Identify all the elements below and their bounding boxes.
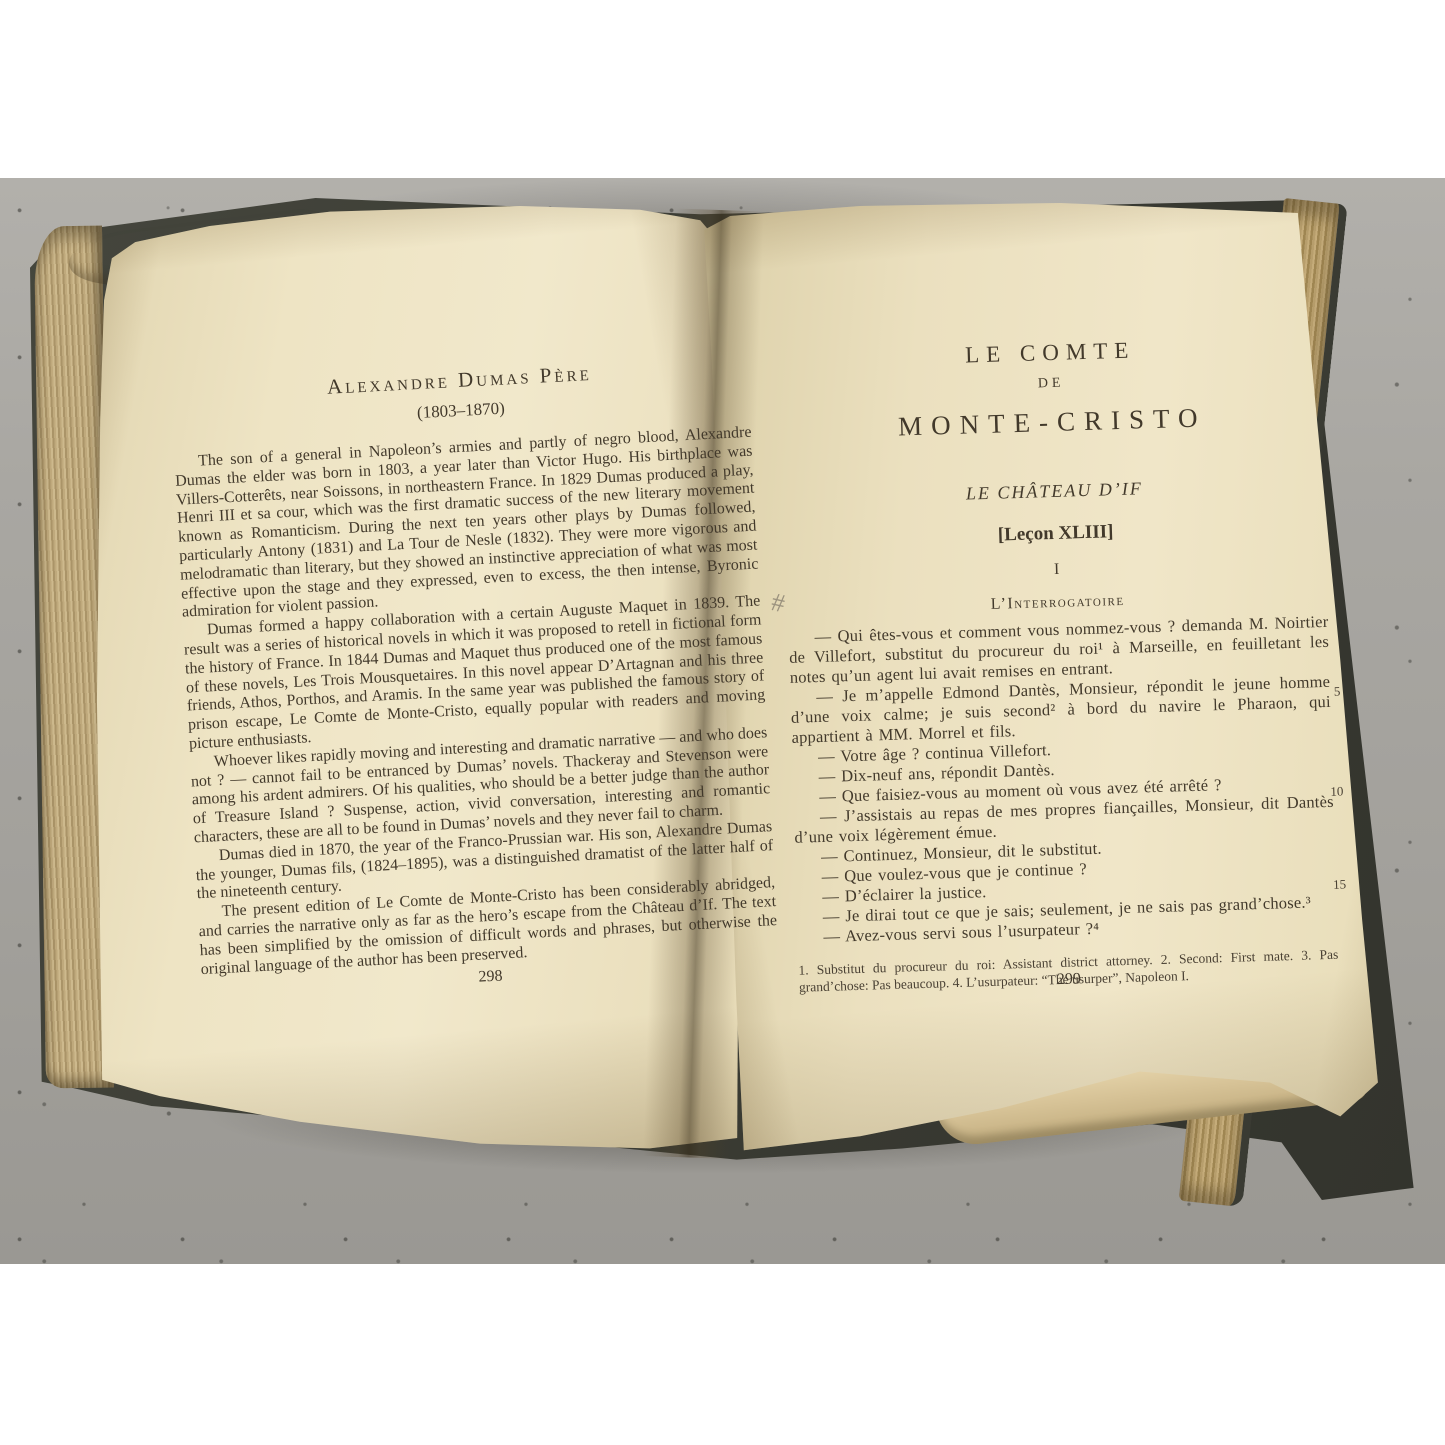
dialogue-body: — Qui êtes-vous et comment vous nommez-v… <box>788 612 1337 948</box>
lesson-label: [Leçon XLIII] <box>785 514 1325 553</box>
book-title-line: DE <box>781 368 1321 400</box>
chapter-title: LE CHÂTEAU D’IF <box>784 472 1324 510</box>
left-page-text: Alexandre Dumas Père (1803–1870) The son… <box>170 352 780 1002</box>
line-number: 15 <box>1333 876 1346 892</box>
right-page-text: # 5 10 15 LE COMTE DE MONTE-CRISTO LE CH… <box>780 332 1339 997</box>
section-number: I <box>787 553 1327 587</box>
book-title-line: MONTE-CRISTO <box>782 398 1323 446</box>
line-number: 10 <box>1330 783 1343 799</box>
paragraph: The son of a general in Napoleon’s armie… <box>174 424 760 623</box>
line-number: 5 <box>1334 684 1341 700</box>
book-product-photo: Alexandre Dumas Père (1803–1870) The son… <box>0 0 1445 1445</box>
introduction-body: The son of a general in Napoleon’s armie… <box>174 424 779 980</box>
